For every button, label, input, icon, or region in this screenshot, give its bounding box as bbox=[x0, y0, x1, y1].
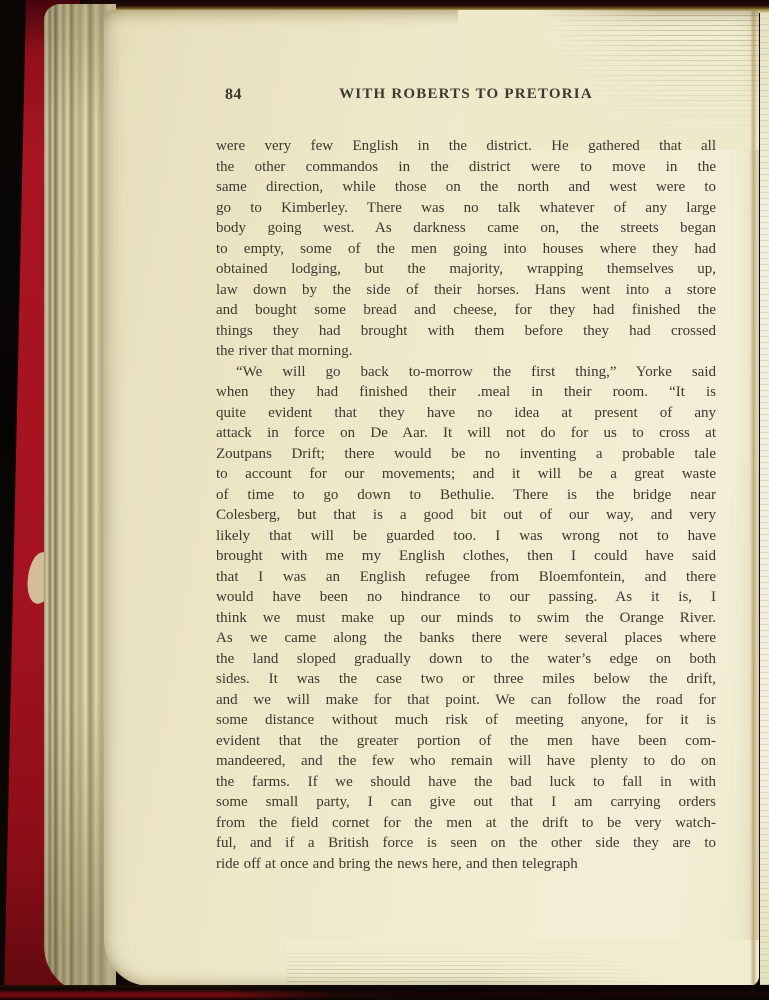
page-stack-bottom-edges bbox=[287, 940, 759, 986]
paragraph: were very few English in the district. H… bbox=[216, 136, 716, 362]
text-line: to empty, some of the men going into hou… bbox=[216, 239, 716, 260]
text-line: ride off at once and bring the news here… bbox=[216, 854, 716, 875]
text-line: the river that morning. bbox=[216, 341, 716, 362]
body-text: were very few English in the district. H… bbox=[216, 136, 716, 874]
text-line: think we must make up our minds to swim … bbox=[216, 608, 716, 629]
text-line: same direction, while those on the north… bbox=[216, 177, 716, 198]
text-line: mandeered, and the few who remain will h… bbox=[216, 751, 716, 772]
text-line: things they had brought with them before… bbox=[216, 321, 716, 342]
text-line: that I was an English refugee from Bloem… bbox=[216, 567, 716, 588]
text-line: go to Kimberley. There was no talk whate… bbox=[216, 198, 716, 219]
text-line: and bought some bread and cheese, for th… bbox=[216, 300, 716, 321]
text-line: obtained lodging, but the majority, wrap… bbox=[216, 259, 716, 280]
page-right-edge-shadow bbox=[750, 10, 757, 986]
text-line: when they had finished their .meal in th… bbox=[216, 382, 716, 403]
text-line: ful, and if a British force is seen on t… bbox=[216, 833, 716, 854]
text-line: brought with me my English clothes, then… bbox=[216, 546, 716, 567]
text-line: the farms. If we should have the bad luc… bbox=[216, 772, 716, 793]
text-line: attack in force on De Aar. It will not d… bbox=[216, 423, 716, 444]
text-line: the other commandos in the district were… bbox=[216, 157, 716, 178]
text-line: Zoutpans Drift; there would be no invent… bbox=[216, 444, 716, 465]
text-line: of time to go down to Bethulie. There is… bbox=[216, 485, 716, 506]
text-line: to account for our movements; and it wil… bbox=[216, 464, 716, 485]
text-line: likely that will be guarded too. I was w… bbox=[216, 526, 716, 547]
page-header: 84 WITH ROBERTS TO PRETORIA bbox=[216, 86, 716, 106]
paragraph: “We will go back to-morrow the first thi… bbox=[216, 362, 716, 875]
text-line: sides. It was the case two or three mile… bbox=[216, 669, 716, 690]
book-page: 84 WITH ROBERTS TO PRETORIA were very fe… bbox=[104, 10, 759, 986]
text-line: from the field cornet for the men at the… bbox=[216, 813, 716, 834]
text-line: “We will go back to-morrow the first thi… bbox=[216, 362, 716, 383]
page-number: 84 bbox=[225, 86, 242, 104]
text-line: quite evident that they have no idea at … bbox=[216, 403, 716, 424]
text-line: As we came along the banks there were se… bbox=[216, 628, 716, 649]
running-title: WITH ROBERTS TO PRETORIA bbox=[216, 86, 716, 103]
text-line: body going west. As darkness came on, th… bbox=[216, 218, 716, 239]
book-photograph: 84 WITH ROBERTS TO PRETORIA were very fe… bbox=[0, 0, 769, 1000]
text-line: evident that the greater portion of the … bbox=[216, 731, 716, 752]
adjacent-page-edge bbox=[760, 12, 769, 986]
text-line: would have been no hindrance to our pass… bbox=[216, 587, 716, 608]
book-cover-bottom-edge bbox=[0, 985, 769, 1000]
text-line: Colesberg, but that is a good bit out of… bbox=[216, 505, 716, 526]
text-line: and we will make for that point. We can … bbox=[216, 690, 716, 711]
page-content: 84 WITH ROBERTS TO PRETORIA were very fe… bbox=[216, 86, 716, 874]
text-line: some small party, I can give out that I … bbox=[216, 792, 716, 813]
text-line: the land sloped gradually down to the wa… bbox=[216, 649, 716, 670]
text-line: were very few English in the district. H… bbox=[216, 136, 716, 157]
text-line: some distance without much risk of meeti… bbox=[216, 710, 716, 731]
text-line: law down by the side of their horses. Ha… bbox=[216, 280, 716, 301]
